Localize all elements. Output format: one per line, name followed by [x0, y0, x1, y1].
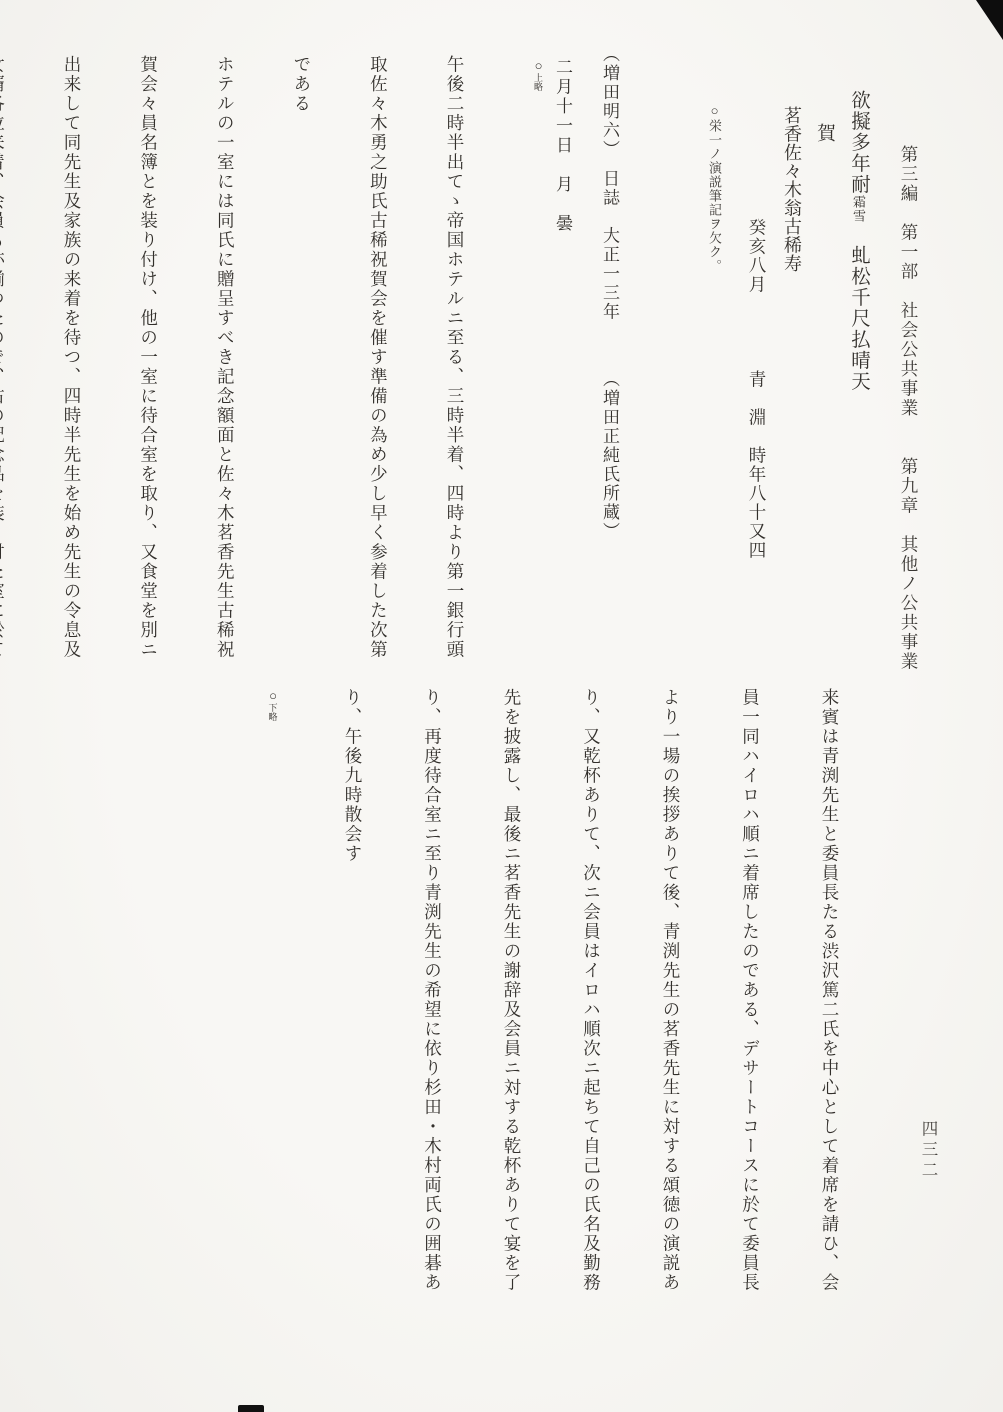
text-line: 賀会々員名簿とを装り付け、他の一室に待合室を取り、又食堂を別ニ: [131, 55, 166, 680]
omission-circle-icon: ○: [266, 688, 281, 703]
text-line: 午後二時半出てゝ帝国ホテルニ至る、三時半着、四時より第一銀行頭: [437, 55, 472, 680]
editor-note: ○栄一ノ演説筆記ヲ欠ク。: [705, 103, 724, 273]
omission-circle-icon: ○: [531, 58, 546, 73]
text-line: ホテルの一室には同氏に贈呈すべき記念額面と佐々木茗香先生古稀祝: [208, 55, 243, 680]
poem-couplet: 欲擬多年耐霜雪虬松千尺払晴天: [844, 90, 872, 392]
text-line: 来賓は青渕先生と委員長たる渋沢篤二氏を中心として着席を請ひ、会: [811, 688, 849, 1313]
scan-edge-mark: [238, 1405, 264, 1412]
text-line: り、再度待合室ニ至り青渕先生の希望に依り杉田・木村両氏の囲碁あ: [413, 688, 451, 1313]
body-text-block-1: 午後二時半出てゝ帝国ホテルニ至る、三時半着、四時より第一銀行頭 取佐々木勇之助氏…: [0, 55, 514, 680]
scan-corner-artifact: [976, 0, 1003, 40]
text-line: 員一同ハイロハ順ニ着席したのである、デサートコースに於て委員長: [731, 688, 769, 1313]
text-line: 先を披露し、最後ニ茗香先生の謝辞及会員ニ対する乾杯ありて宴を了: [493, 688, 531, 1313]
body-text-block-2: 来賓は青渕先生と委員長たる渋沢篤二氏を中心として着席を請ひ、会 員一同ハイロハ順…: [211, 688, 890, 1313]
diary-source-line: （増田明六） 日誌 大正一三年 （増田正純氏所蔵）: [597, 45, 622, 541]
poem-closing: 虬松千尺払晴天: [848, 245, 869, 392]
text-line: 取佐々木勇之助氏古稀祝賀会を催す準備の為め少し早く参着した次第: [361, 55, 396, 680]
text-line: り、又乾杯ありて、次ニ会員はイロハ順次ニ起ちて自己の氏名及勤務: [572, 688, 610, 1313]
omission-note-bottom: ○下略: [253, 688, 292, 1313]
dedication-date-signature: 癸亥八月 青 淵 時年八十又四: [745, 218, 770, 560]
dedication-title: 茗香佐々木翁古稀寿: [779, 106, 805, 273]
poem-small-chars: 霜雪: [851, 195, 866, 223]
dedication-greeting: 賀: [811, 123, 838, 142]
omission-note-top: ○上略: [530, 58, 546, 91]
text-line: である: [284, 55, 319, 680]
page-number: 四三二: [916, 1120, 940, 1182]
poem-opening: 欲擬多年耐: [848, 90, 869, 195]
text-line: 女婿各位来着、会員も亦揃つたので、右の記念品を装り付た室に於て: [0, 55, 12, 680]
text-line: り、午後九時散会す: [334, 688, 372, 1313]
scanned-page: 第三編 第一部 社会公共事業 第九章 其他ノ公共事業 欲擬多年耐霜雪虬松千尺払晴…: [0, 0, 1003, 1412]
omission-label: 下略: [268, 703, 278, 721]
omission-label: 上略: [533, 73, 543, 91]
chapter-header: 第三編 第一部 社会公共事業 第九章 其他ノ公共事業: [897, 145, 922, 672]
text-line: より一場の挨拶ありて後、青渕先生の茗香先生に対する頌徳の演説あ: [652, 688, 690, 1313]
text-line: 出来して同先生及家族の来着を待つ、四時半先生を始め先生の令息及: [54, 55, 89, 680]
diary-date-heading: 二月十一日 月 曇: [550, 58, 575, 234]
